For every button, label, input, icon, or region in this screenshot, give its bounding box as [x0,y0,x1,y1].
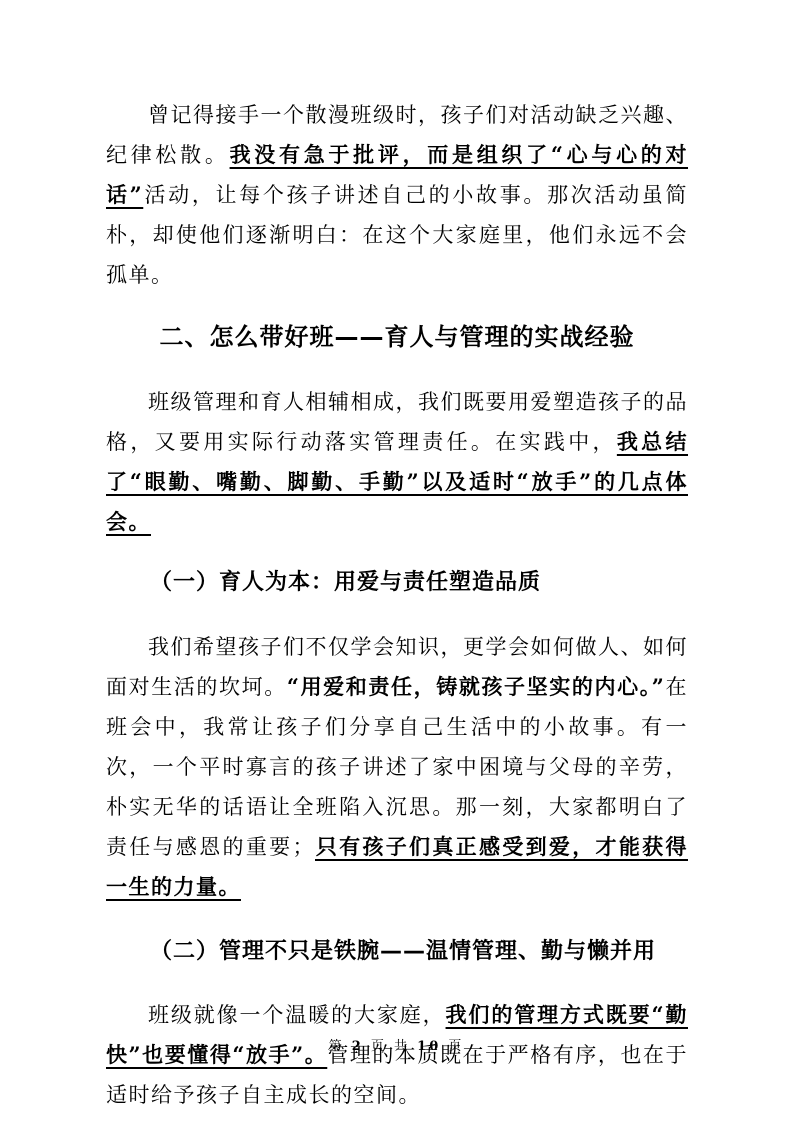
paragraph: 班级管理和育人相辅相成，我们既要用爱塑造孩子的品格，又要用实际行动落实管理责任。… [106,382,688,542]
footer-text: 页 [441,1039,464,1054]
text-run: 班级管理和育人相辅相成，我们既要用爱塑造孩子的品格，又要用实际行动落实管理责任。… [106,390,688,454]
text-run: 班级就像一个温暖的大家庭， [148,1003,446,1027]
footer-text: 第 [329,1039,352,1054]
page-footer: 第 2 页 共 10 页 [0,1038,793,1056]
document-page: 曾记得接手一个散漫班级时，孩子们对活动缺乏兴趣、纪律松散。我没有急于批评，而是组… [0,0,793,1122]
subsection-heading: （二）管理不只是铁腕——温情管理、勤与懒并用 [106,936,688,968]
text-run: “用爱和责任，铸就孩子坚实的内心。” [287,674,666,699]
subsection-heading: （一）育人为本：用爱与责任塑造品质 [106,567,688,599]
page-number: 10 [417,1039,441,1054]
page-number: 2 [352,1039,364,1054]
chapter-heading: 二、怎么带好班——育人与管理的实战经验 [106,319,688,355]
footer-text: 页 共 [364,1039,417,1054]
document-body: 曾记得接手一个散漫班级时，孩子们对活动缺乏兴趣、纪律松散。我没有急于批评，而是组… [106,95,688,1115]
text-run: 在班会中，我常让孩子们分享自己生活中的小故事。有一次，一个平时寡言的孩子讲述了家… [106,675,688,859]
paragraph: 我们希望孩子们不仅学会知识，更学会如何做人、如何面对生活的坎坷。“用爱和责任，铸… [106,627,688,907]
text-run: 活动，让每个孩子讲述自己的小故事。那次活动虽简朴，却使他们逐渐明白：在这个大家庭… [106,183,688,287]
paragraph: 曾记得接手一个散漫班级时，孩子们对活动缺乏兴趣、纪律松散。我没有急于批评，而是组… [106,95,688,295]
